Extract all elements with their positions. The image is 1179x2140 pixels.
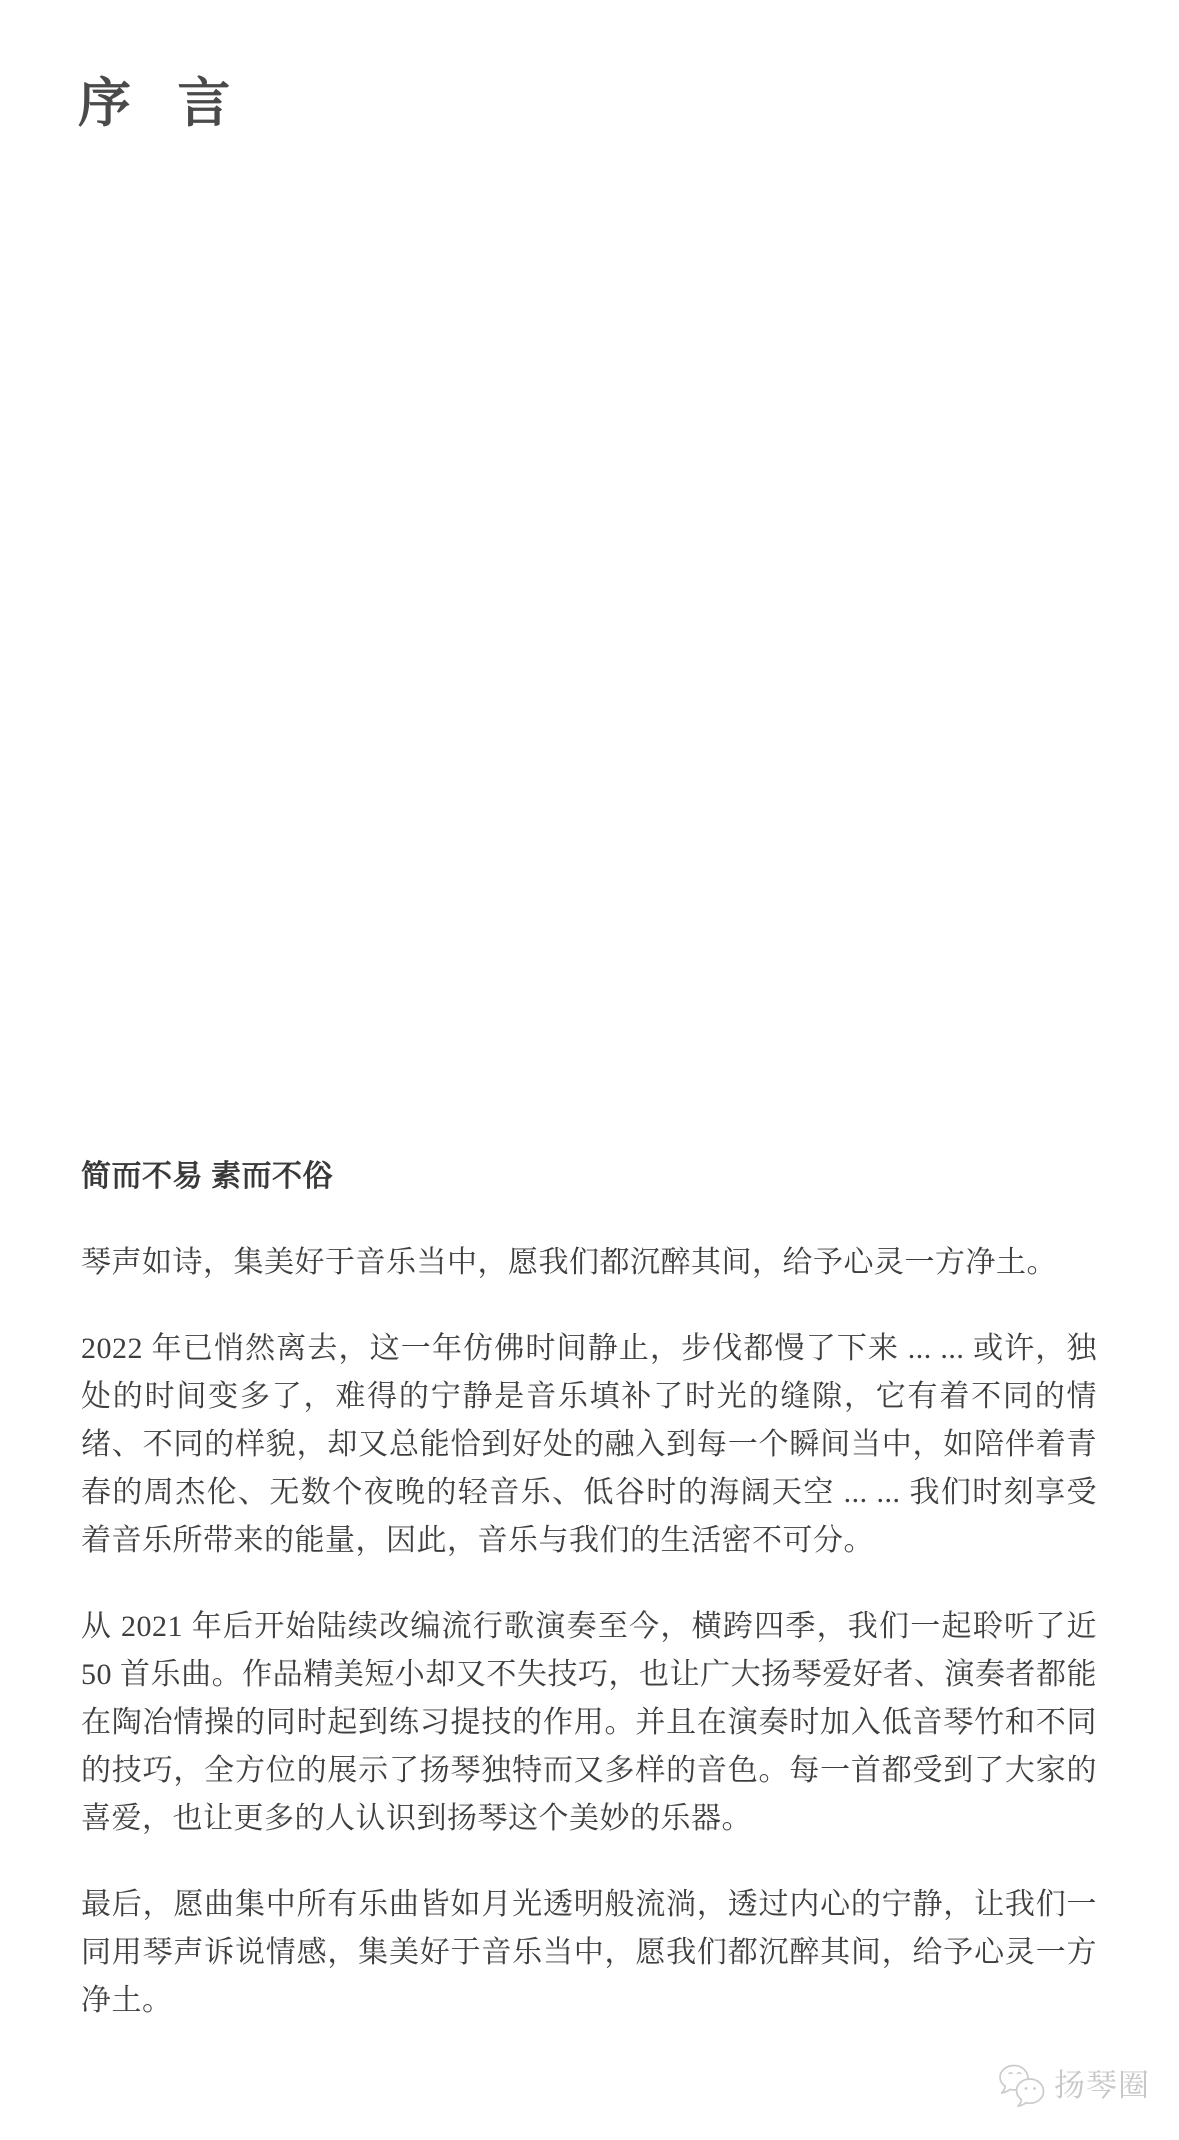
page-title: 序 言: [78, 74, 232, 135]
preface-body: 简而不易 素而不俗 琴声如诗，集美好于音乐当中，愿我们都沉醉其间，给予心灵一方净…: [81, 1153, 1097, 2063]
preface-page: 序 言 简而不易 素而不俗 琴声如诗，集美好于音乐当中，愿我们都沉醉其间，给予心…: [0, 0, 1179, 2140]
paragraph-4: 最后，愿曲集中所有乐曲皆如月光透明般流淌，透过内心的宁静，让我们一同用琴声诉说情…: [81, 1881, 1097, 2025]
paragraph-2: 2022 年已悄然离去，这一年仿佛时间静止，步伐都慢了下来 ... ... 或许…: [81, 1325, 1097, 1565]
paragraph-1: 琴声如诗，集美好于音乐当中，愿我们都沉醉其间，给予心灵一方净土。: [81, 1239, 1097, 1287]
paragraph-3: 从 2021 年后开始陆续改编流行歌演奏至今，横跨四季，我们一起聆听了近 50 …: [81, 1603, 1097, 1843]
wechat-icon: [996, 2062, 1050, 2108]
motto-line: 简而不易 素而不俗: [81, 1153, 1097, 1201]
watermark: 扬琴圈: [996, 2062, 1150, 2108]
watermark-label: 扬琴圈: [1054, 2070, 1150, 2101]
